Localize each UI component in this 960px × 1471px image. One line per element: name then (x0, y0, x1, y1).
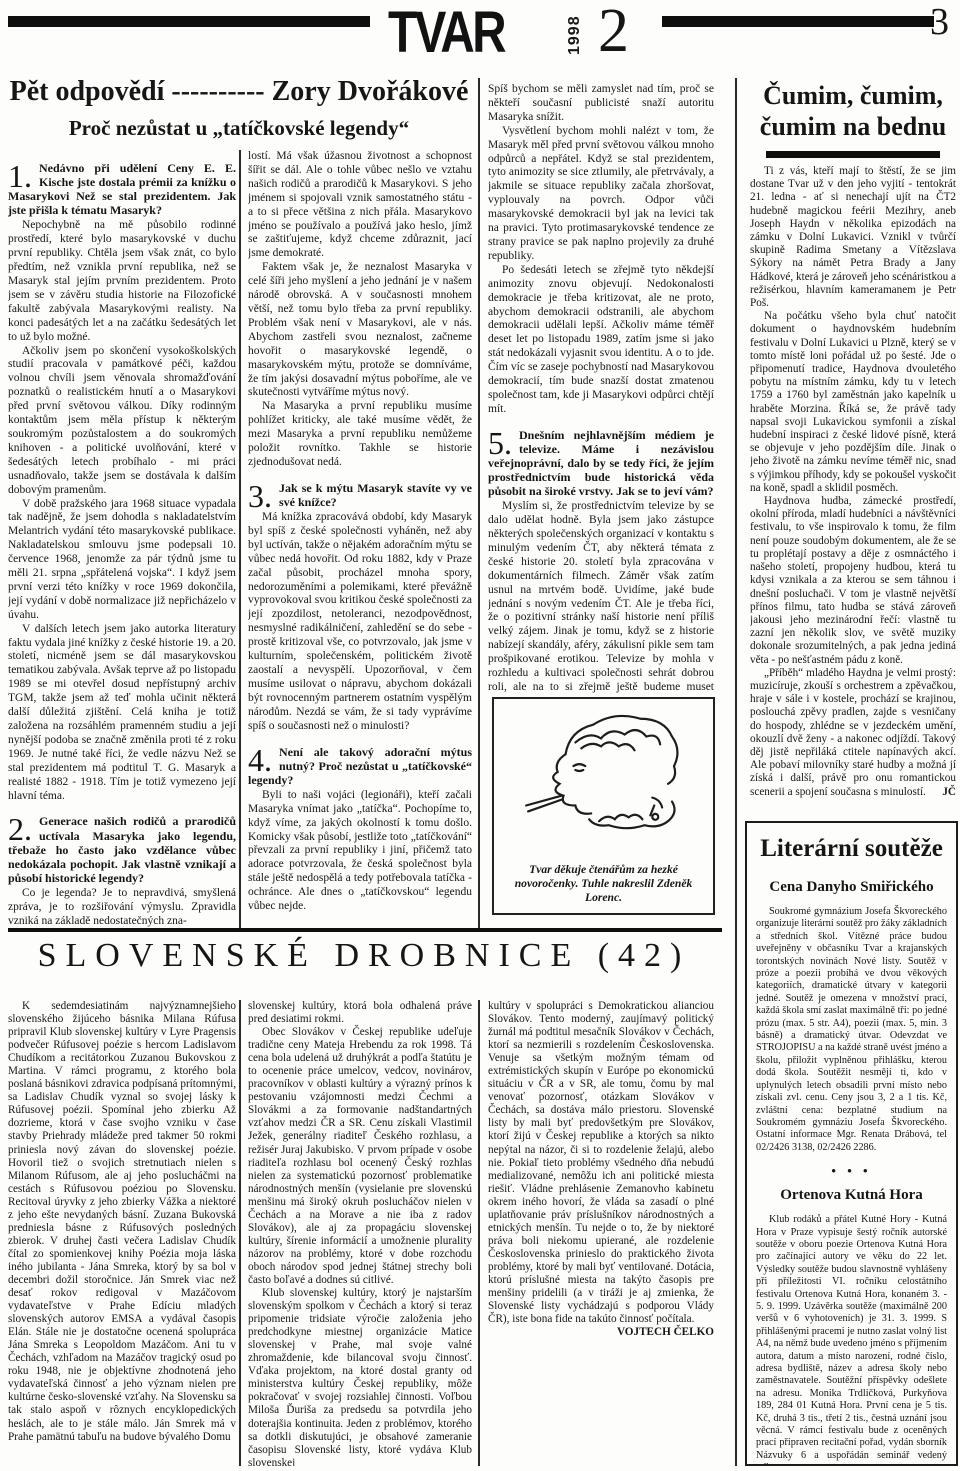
issue-number: 2 (598, 2, 629, 60)
drobnice-column-2: slovenskej kultúry, ktorá bola odhalená … (248, 1000, 472, 1466)
contest-section-body-1: Soukromé gymnázium Josefa Škvoreckého or… (756, 906, 947, 1154)
contest-section-body-2: Klub rodáků a přátel Kutné Hory - Kutná … (756, 1214, 947, 1466)
paragraph: Klub rodáků a přátel Kutné Hory - Kutná … (756, 1214, 947, 1466)
contest-box: Literární soutěže Cena Danyho Smiřického… (745, 821, 958, 1466)
interview-question: 5.Dnešním nejhlavnějším médiem je televi… (488, 428, 714, 498)
contest-section-heading-1: Cena Danyho Smiřického (756, 879, 947, 896)
paragraph: Haydnova hudba, zámecké prostředí, okoln… (750, 495, 956, 667)
interview-column-3: Spíš bychom se měli zamyslet nad tím, pr… (488, 83, 714, 693)
tvar-logo: TVAR (388, 5, 504, 61)
masthead-bar-left (8, 16, 370, 27)
page-number: 3 (930, 2, 949, 42)
interview-question: 4.Není ale takový adorační mýtus nutný? … (248, 745, 472, 787)
column-divider-5 (478, 1000, 480, 1466)
tv-title-line2: čumim na bednu (750, 111, 956, 142)
paragraph: V dalších letech jsem jako autorka liter… (8, 623, 236, 804)
interview-column-2: lostí. Má však úžasnou životnost a schop… (248, 150, 472, 928)
question-number: 4. (248, 745, 279, 773)
paragraph: Ti z vás, kteří mají to štěstí, že se ji… (750, 165, 956, 310)
drobnice-column-1: K sedemdesiatinám najvýznamnejšieho slov… (8, 1000, 236, 1466)
tv-title-line1: Čumim, čumim, (750, 80, 956, 111)
article-subtitle: Proč nezůstat u „tatíčkovské legendy“ (8, 116, 470, 141)
tv-article-body: Ti z vás, kteří mají to štěstí, že se ji… (750, 165, 956, 815)
contest-title: Literární soutěže (756, 835, 947, 863)
paragraph: Na Masaryka a první republiku musíme poh… (248, 400, 472, 470)
contest-section-heading-2: Ortenova Kutná Hora (756, 1187, 947, 1204)
paragraph: lostí. Má však úžasnou životnost a schop… (248, 150, 472, 261)
cartoon-sketch (504, 703, 702, 841)
question-number: 5. (488, 428, 519, 456)
paragraph: Obec Slovákov v Českej republike udeľuje… (248, 1026, 472, 1287)
paragraph: „Příběh“ mladého Haydna je velmi prostý:… (750, 667, 956, 799)
paragraph: Spíš bychom se měli zamyslet nad tím, pr… (488, 83, 714, 125)
article-title: Pět odpovědí ---------- Zory Dvořákové (8, 76, 470, 108)
interview-question: 1.Nedávno při udělení Ceny E. E. Kische … (8, 161, 236, 217)
paragraph: Má knížka zpracovává období, kdy Masaryk… (248, 511, 472, 734)
paragraph: Nepochybně na mě působilo rodinné prostř… (8, 219, 236, 344)
paragraph: K sedemdesiatinám najvýznamnejšieho slov… (8, 1000, 236, 1444)
paragraph: Soukromé gymnázium Josefa Škvoreckého or… (756, 906, 947, 1154)
drobnice-title: SLOVENSKÉ DROBNICE (42) (8, 936, 720, 976)
column-divider-4 (239, 1000, 241, 1466)
paragraph: Co je legenda? Je to nepravdivá, smyšlen… (8, 887, 236, 928)
contest-separator: • • • (756, 1163, 947, 1179)
column-divider-3 (735, 78, 737, 1466)
paragraph: Faktem však je, že neznalost Masaryka v … (248, 261, 472, 400)
paragraph: V době pražského jara 1968 situace vypad… (8, 498, 236, 623)
cartoon-caption: Tvar děkuje čtenářům za hezké novoročenk… (502, 863, 705, 905)
interview-question: 2.Generace našich rodičů a prarodičů uct… (8, 814, 236, 884)
paragraph: slovenskej kultúry, ktorá bola odhalená … (248, 1000, 472, 1026)
paragraph: kultúry v spolupráci s Demokratickou ali… (488, 1000, 714, 1326)
column-divider-2 (478, 78, 480, 928)
interview-question: 3.Jak se k mýtu Masaryk stavíte vy ve sv… (248, 481, 472, 509)
author-signature: VOJTECH ČELKO (488, 1326, 714, 1339)
tv-column-title: Čumim, čumim, čumim na bednu (750, 80, 956, 142)
column-divider-1 (239, 150, 241, 928)
cartoon-box: Tvar děkuje čtenářům za hezké novoročenk… (492, 697, 715, 915)
drobnice-column-3: kultúry v spolupráci s Demokratickou ali… (488, 1000, 714, 1466)
paragraph: Vysvětlení bychom mohli nalézt v tom, že… (488, 125, 714, 264)
paragraph: Na počátku všeho byla chuť natočit dokum… (750, 310, 956, 495)
masthead-year: 1998 (566, 8, 584, 62)
paragraph: Myslím si, že prostřednictvím televize b… (488, 500, 714, 693)
paragraph: Klub slovenskej kultúry, ktorý je najsta… (248, 1287, 472, 1466)
newspaper-page: TVAR 1998 2 3 Pět odpovědí ---------- Zo… (0, 0, 960, 1471)
paragraph: Byli to naši vojáci (legionáři), kteří z… (248, 789, 472, 914)
masthead-bar-right (662, 16, 934, 27)
question-number: 3. (248, 481, 279, 509)
section-rule (8, 928, 722, 932)
tv-title-rule (766, 151, 940, 158)
question-number: 2. (8, 814, 39, 842)
question-number: 1. (8, 161, 39, 189)
paragraph: Po šedesáti letech se zřejmě tyto někdej… (488, 264, 714, 417)
interview-column-1: 1.Nedávno při udělení Ceny E. E. Kische … (8, 150, 236, 928)
paragraph: Ačkoliv jsem po skončení vysokoškolských… (8, 345, 236, 498)
